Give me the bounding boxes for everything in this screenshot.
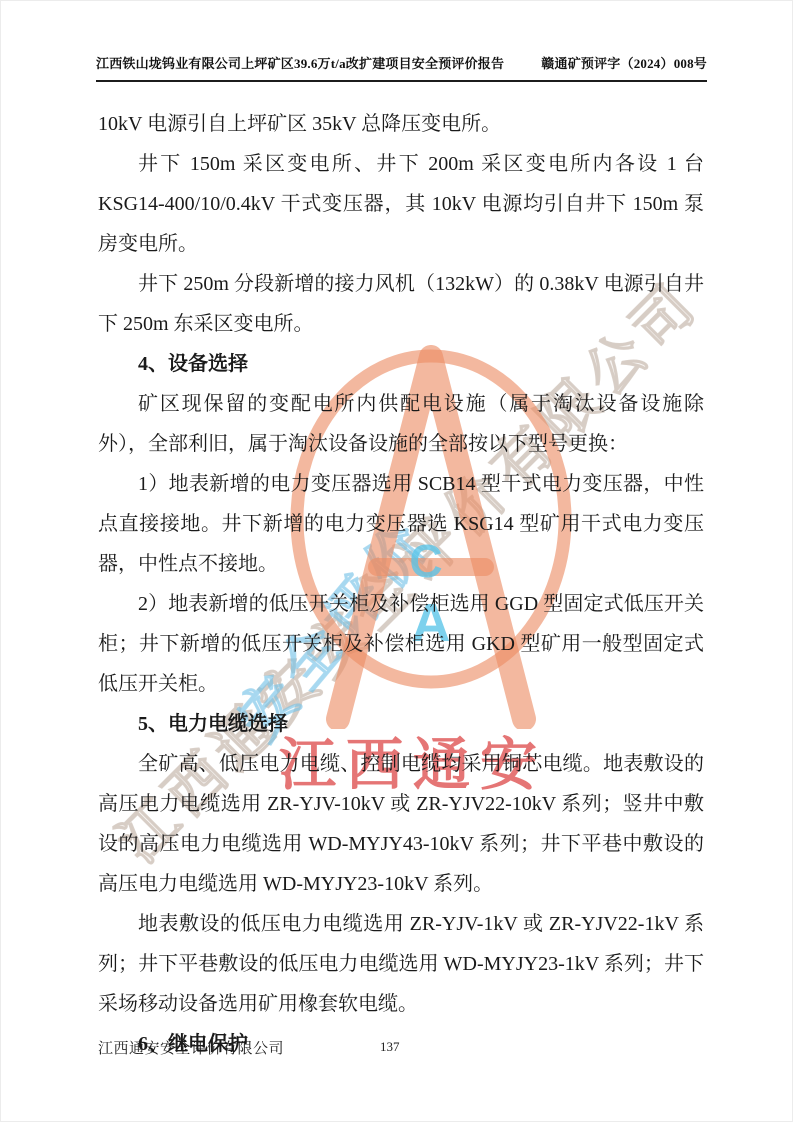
document-page: 江西通安安全评价有限公司 安全评价 C A 江西通安 江西铁山垅钨业有限公司上坪… <box>0 0 793 1122</box>
paragraph: 井下 250m 分段新增的接力风机（132kW）的 0.38kV 电源引自井下 … <box>98 264 704 344</box>
paragraph: 1）地表新增的电力变压器选用 SCB14 型干式电力变压器，中性点直接接地。井下… <box>98 464 704 584</box>
paragraph: 地表敷设的低压电力电缆选用 ZR-YJV-1kV 或 ZR-YJV22-1kV … <box>98 904 704 1024</box>
paragraph: 2）地表新增的低压开关柜及补偿柜选用 GGD 型固定式低压开关柜；井下新增的低压… <box>98 584 704 704</box>
section-heading-4: 4、设备选择 <box>98 344 704 384</box>
header-rule <box>96 80 707 82</box>
document-body: 10kV 电源引自上坪矿区 35kV 总降压变电所。 井下 150m 采区变电所… <box>98 104 704 1064</box>
section-heading-5: 5、电力电缆选择 <box>98 704 704 744</box>
header-report-title: 江西铁山垅钨业有限公司上坪矿区39.6万t/a改扩建项目安全预评价报告 <box>96 53 504 72</box>
paragraph: 全矿高、低压电力电缆、控制电缆均采用铜芯电缆。地表敷设的高压电力电缆选用 ZR-… <box>98 744 704 904</box>
paragraph: 矿区现保留的变配电所内供配电设施（属于淘汰设备设施除外），全部利旧，属于淘汰设备… <box>98 384 704 464</box>
section-heading-6: 6、继电保护 <box>98 1024 704 1064</box>
header-document-number: 赣通矿预评字（2024）008号 <box>541 53 707 72</box>
paragraph: 井下 150m 采区变电所、井下 200m 采区变电所内各设 1 台 KSG14… <box>98 144 704 264</box>
page-header: 江西铁山垅钨业有限公司上坪矿区39.6万t/a改扩建项目安全预评价报告 赣通矿预… <box>96 53 707 72</box>
paragraph: 10kV 电源引自上坪矿区 35kV 总降压变电所。 <box>98 104 704 144</box>
